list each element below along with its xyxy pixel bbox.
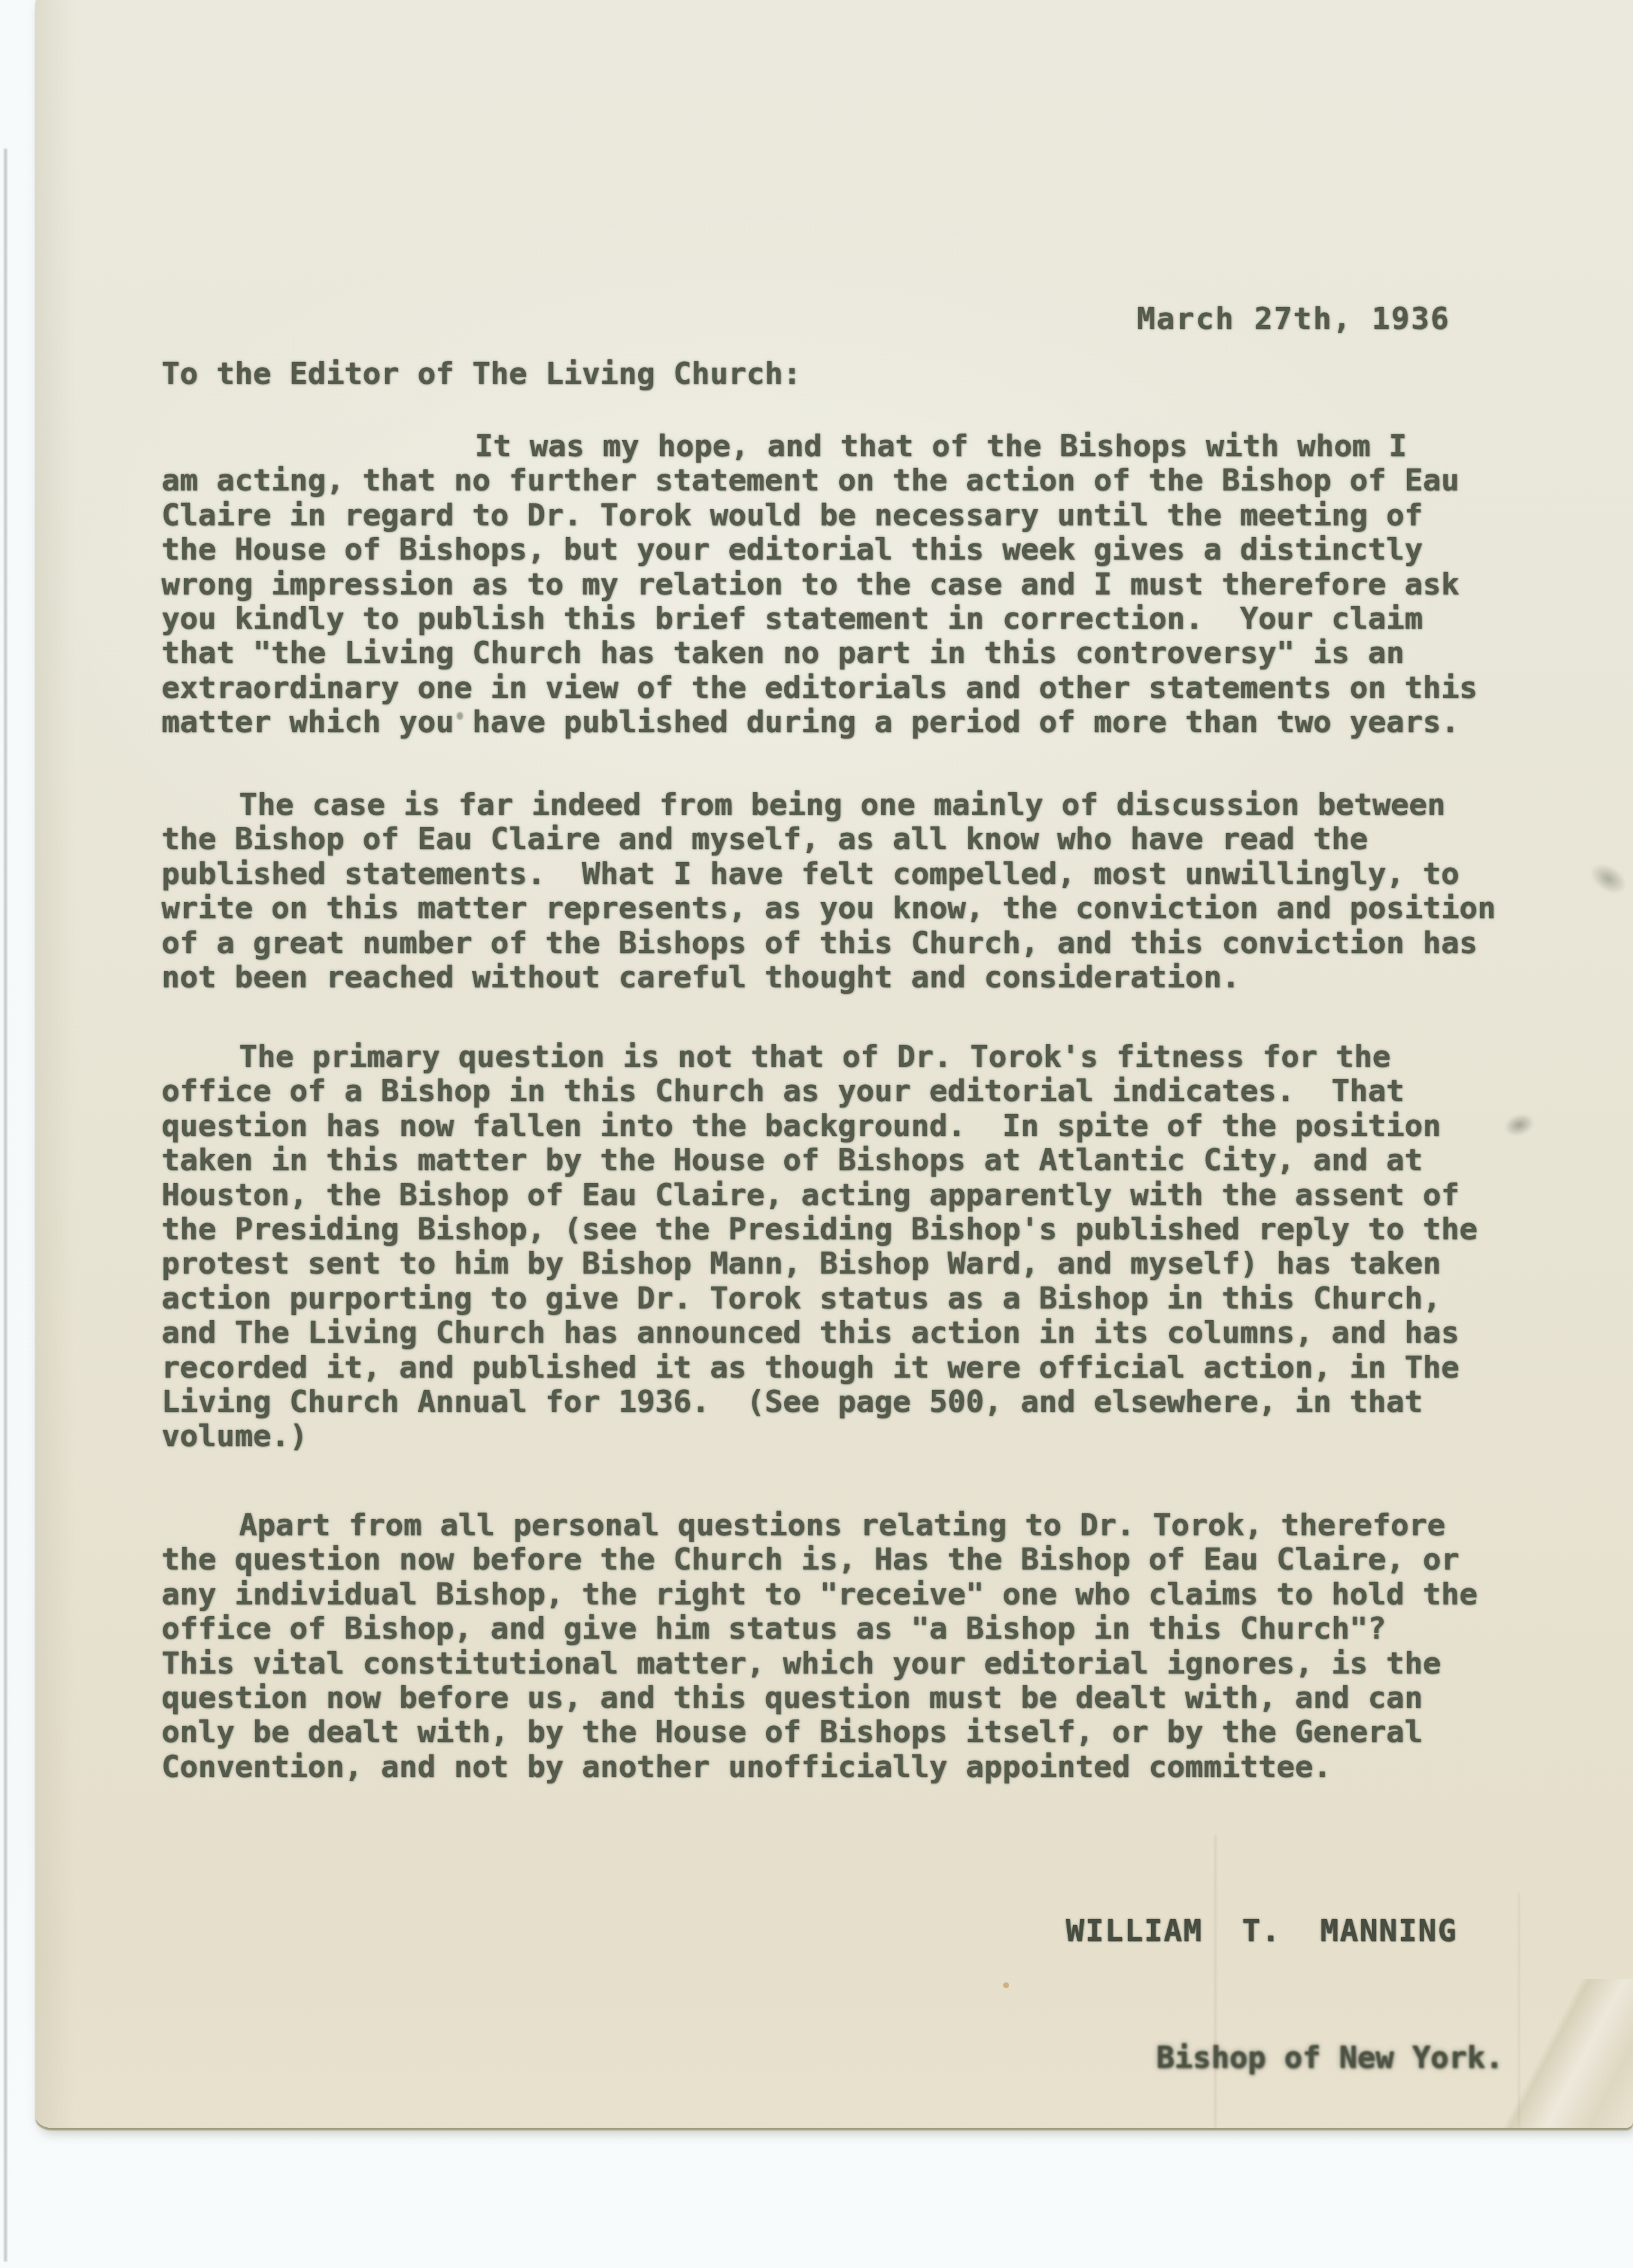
scanned-letter: March 27th, 1936 To the Editor of The Li… <box>0 0 1633 2268</box>
bottom-right-crease <box>1439 1979 1633 2128</box>
date-line: March 27th, 1936 <box>1137 302 1450 336</box>
ink-smudge-right-margin <box>1492 1100 1546 1150</box>
paragraph-3: The primary question is not that of Dr. … <box>161 1040 1477 1454</box>
scanner-bed-line <box>4 149 7 2262</box>
paper-speck <box>457 712 463 720</box>
signature-name: WILLIAM T. MANNING <box>1066 1914 1457 1948</box>
salutation-line: To the Editor of The Living Church: <box>161 357 801 391</box>
paper-speck <box>1003 1982 1009 1988</box>
paragraph-1: It was my hope, and that of the Bishops … <box>161 429 1477 740</box>
paragraph-2: The case is far indeed from being one ma… <box>161 788 1496 994</box>
paragraph-4: Apart from all personal questions relati… <box>161 1508 1477 1784</box>
pencil-smudge-right-margin <box>1575 846 1633 912</box>
paper-fold-line <box>1214 1835 1216 2128</box>
paper-sheet: March 27th, 1936 To the Editor of The Li… <box>36 0 1633 2128</box>
